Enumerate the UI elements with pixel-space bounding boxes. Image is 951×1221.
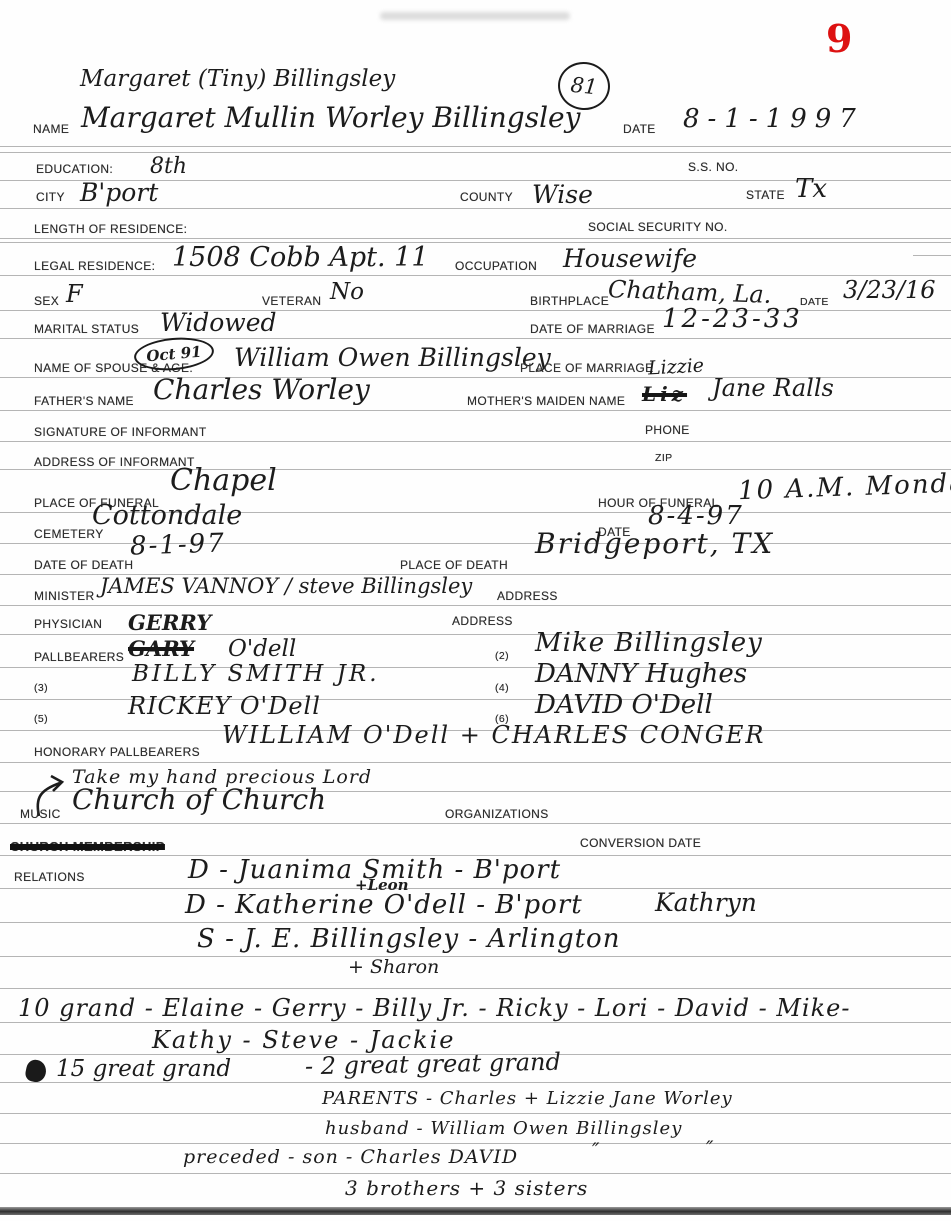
ruled-line bbox=[0, 208, 951, 209]
preceded-note: preceded - son - Charles DAVID bbox=[183, 1148, 518, 1167]
ink-blot bbox=[24, 1058, 48, 1084]
heading-title: Margaret (Tiny) Billingsley bbox=[80, 68, 395, 91]
date-of-marriage-label: DATE OF MARRIAGE bbox=[530, 322, 655, 336]
ruled-line bbox=[0, 988, 951, 989]
name-label: NAME bbox=[33, 122, 69, 136]
pallbearer2-num: (2) bbox=[495, 650, 509, 662]
age-circled-value: 81 bbox=[570, 74, 599, 98]
ruled-line bbox=[0, 1022, 951, 1023]
veteran-value: No bbox=[330, 281, 364, 304]
church-membership-label: CHURCH MEMBERSHIP bbox=[10, 839, 165, 854]
minister-value: JAMES VANNOY / steve Billingsley bbox=[100, 576, 472, 597]
grandchildren-line-1: 10 grand - Elaine - Gerry - Billy Jr. - … bbox=[18, 996, 850, 1020]
birth-date-label: DATE bbox=[800, 296, 829, 308]
length-of-residence-label: LENGTH OF RESIDENCE: bbox=[34, 222, 187, 236]
physician-address-label: ADDRESS bbox=[452, 614, 513, 628]
husband-note: husband - William Owen Billingsley bbox=[325, 1120, 682, 1138]
social-security-label: SOCIAL SECURITY NO. bbox=[588, 220, 728, 234]
ruled-line bbox=[0, 922, 951, 923]
ruled-line bbox=[0, 238, 951, 239]
occupation-label: OCCUPATION bbox=[455, 259, 537, 273]
phone-label: PHONE bbox=[645, 423, 690, 437]
marital-status-value: Widowed bbox=[160, 310, 277, 335]
name-value: Margaret Mullin Worley Billingsley bbox=[81, 104, 580, 132]
pallbearer1-value: O'dell bbox=[228, 638, 296, 661]
mothers-maiden-name-label: MOTHER'S MAIDEN NAME bbox=[467, 394, 625, 408]
ruled-line bbox=[0, 888, 951, 889]
date-of-marriage-value: 12-23-33 bbox=[662, 306, 803, 332]
spouse-note-circle: Oct 91 bbox=[133, 335, 215, 374]
pallbearers-label: PALLBEARERS bbox=[34, 650, 124, 664]
pallbearer4-num: (4) bbox=[495, 682, 509, 694]
birthplace-label: BIRTHPLACE bbox=[530, 294, 609, 308]
great-grand-note: 15 great grand bbox=[56, 1058, 231, 1081]
ruled-line bbox=[0, 823, 951, 824]
date-label: DATE bbox=[623, 122, 656, 136]
date-value: 8-1-1997 bbox=[683, 106, 864, 132]
pallbearer4-value: DANNY Hughes bbox=[535, 661, 747, 687]
parents-note: PARENTS - Charles + Lizzie Jane Worley bbox=[322, 1090, 733, 1108]
honorary-pallbearers-label: HONORARY PALLBEARERS bbox=[34, 745, 200, 759]
organizations-label: ORGANIZATIONS bbox=[445, 807, 549, 821]
funeral-record-page: 9 Margaret (Tiny) Billingsley 81 NAME Ma… bbox=[0, 0, 951, 1221]
relation-row-2-right: Kathryn bbox=[655, 890, 757, 915]
scan-edge-bar bbox=[0, 1207, 951, 1215]
sex-value: F bbox=[66, 282, 83, 306]
fathers-name-value: Charles Worley bbox=[153, 376, 370, 404]
spouse-value: William Owen Billingsley bbox=[234, 345, 551, 370]
legal-residence-label: LEGAL RESIDENCE: bbox=[34, 259, 155, 273]
mothers-name-correction: Lizzie bbox=[648, 357, 705, 379]
ruled-line bbox=[0, 410, 951, 411]
music-value: Church of Church bbox=[72, 786, 326, 814]
mothers-name-crossed: Liz bbox=[642, 384, 687, 404]
hour-of-funeral-value: 10 A.M. Monday bbox=[738, 470, 951, 505]
birthplace-value: Chatham, La. bbox=[608, 277, 772, 307]
minister-address-label: ADDRESS bbox=[497, 589, 558, 603]
spouse-note-value: Oct 91 bbox=[146, 344, 202, 364]
date-of-death-value: 8-1-97 bbox=[130, 530, 227, 559]
pallbearer5-value: RICKEY O'Dell bbox=[128, 694, 321, 718]
pallbearer6-value: DAVID O'Dell bbox=[535, 692, 713, 718]
city-label: CITY bbox=[36, 190, 65, 204]
ruled-line bbox=[0, 146, 951, 147]
legal-residence-value: 1508 Cobb Apt. 11 bbox=[172, 244, 429, 271]
state-value: Tx bbox=[795, 176, 827, 202]
physician-label: PHYSICIAN bbox=[34, 617, 102, 631]
ruled-line bbox=[0, 1173, 951, 1174]
state-label: STATE bbox=[746, 188, 785, 202]
siblings-note: 3 brothers + 3 sisters bbox=[345, 1178, 588, 1198]
marital-status-label: MARITAL STATUS bbox=[34, 322, 139, 336]
ruled-line bbox=[0, 1113, 951, 1114]
grandchildren-line-2: Kathy - Steve - Jackie bbox=[152, 1028, 455, 1052]
relation-row-3-note: + Sharon bbox=[348, 958, 439, 977]
education-label: EDUCATION: bbox=[36, 162, 113, 176]
ruled-line bbox=[0, 338, 951, 339]
education-value: 8th bbox=[150, 156, 187, 178]
pallbearer3-value: BILLY SMITH JR. bbox=[132, 663, 380, 686]
county-label: COUNTY bbox=[460, 190, 513, 204]
pallbearer1-crossed: GARY bbox=[128, 638, 194, 659]
page-number: 9 bbox=[826, 16, 852, 61]
relation-row-2: D - Katherine O'dell - B'port bbox=[185, 892, 583, 918]
mothers-maiden-name-value: Jane Ralls bbox=[712, 376, 834, 400]
ruled-line bbox=[0, 441, 951, 442]
ss-no-label: S.S. NO. bbox=[688, 160, 739, 174]
music-label: MUSIC bbox=[20, 807, 61, 821]
fathers-name-label: FATHER'S NAME bbox=[34, 394, 134, 408]
funeral-date-value: 8-4-97 bbox=[648, 503, 744, 529]
ruled-line bbox=[0, 152, 951, 153]
minister-label: MINISTER bbox=[34, 589, 95, 603]
ruled-line bbox=[0, 275, 951, 276]
birth-date-value: 3/23/16 bbox=[843, 278, 936, 302]
zip-label: ZIP bbox=[655, 452, 673, 464]
place-of-death-value: Bridgeport, TX bbox=[535, 530, 774, 558]
conversion-date-label: CONVERSION DATE bbox=[580, 836, 701, 850]
pallbearer3-num: (3) bbox=[34, 682, 48, 694]
sex-label: SEX bbox=[34, 294, 59, 308]
ruled-line bbox=[0, 1143, 951, 1144]
date-of-death-label: DATE OF DEATH bbox=[34, 558, 133, 572]
ruled-line bbox=[0, 469, 951, 470]
scan-smudge bbox=[380, 12, 570, 20]
place-of-marriage-label: PLACE OF MARRIAGE bbox=[520, 361, 654, 375]
pallbearer1-correction: GERRY bbox=[128, 612, 211, 633]
great-great-grand-note: - 2 great great grand bbox=[305, 1050, 561, 1078]
signature-of-informant-label: SIGNATURE OF INFORMANT bbox=[34, 425, 207, 439]
ruled-line-segment bbox=[913, 255, 951, 256]
pallbearer5-num: (5) bbox=[34, 713, 48, 725]
veteran-label: VETERAN bbox=[262, 294, 321, 308]
place-of-funeral-value: Chapel bbox=[170, 466, 277, 496]
pallbearer2-value: Mike Billingsley bbox=[535, 630, 763, 656]
ruled-line bbox=[0, 1082, 951, 1083]
ditto-mark-2: ″ bbox=[706, 1138, 713, 1158]
ruled-line bbox=[0, 956, 951, 957]
place-of-death-label: PLACE OF DEATH bbox=[400, 558, 508, 572]
ruled-line bbox=[0, 605, 951, 606]
relations-label: RELATIONS bbox=[14, 870, 85, 884]
ditto-mark-1: ″ bbox=[592, 1140, 599, 1160]
honorary-pallbearers-value: WILLIAM O'Dell + CHARLES CONGER bbox=[222, 723, 766, 747]
occupation-value: Housewife bbox=[563, 246, 697, 271]
ruled-line bbox=[0, 310, 951, 311]
relation-row-3: S - J. E. Billingsley - Arlington bbox=[197, 926, 620, 952]
city-value: B'port bbox=[80, 180, 158, 205]
county-value: Wise bbox=[532, 182, 593, 207]
cemetery-value: Cottondale bbox=[92, 502, 242, 529]
ruled-line bbox=[0, 762, 951, 763]
ruled-line bbox=[0, 242, 951, 243]
